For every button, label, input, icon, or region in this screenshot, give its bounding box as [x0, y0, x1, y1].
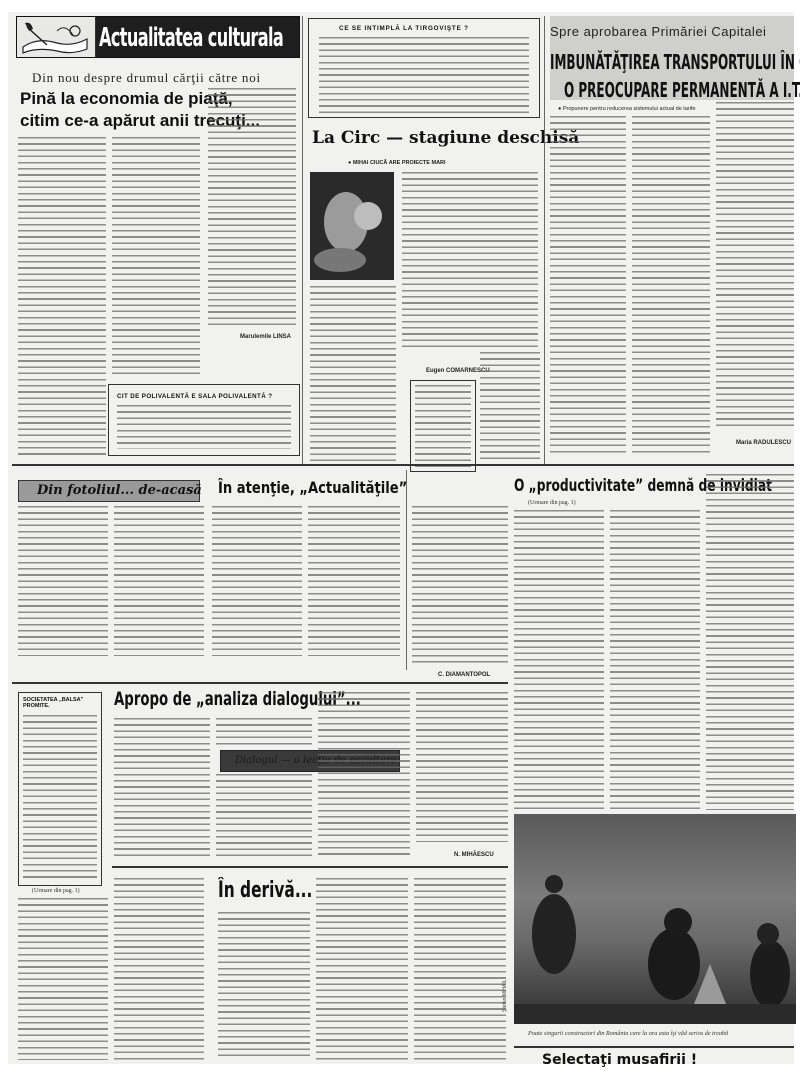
musafiri-headline: Selectaţi musafirii ! [542, 1052, 697, 1068]
transport-headline-2: O PREOCUPARE PERMANENTĂ A I.T.B. [564, 78, 800, 102]
apropo-body-col1 [114, 718, 210, 858]
apropo-body-col3 [318, 692, 410, 858]
transport-subhead: ● Propunere pentru reducerea sistemului … [558, 106, 696, 112]
targoviste-box: CE SE INTIMPLĂ LA TIRGOVIŞTE ? [308, 18, 540, 118]
article-body-col3 [208, 88, 296, 330]
colaborare-box [410, 380, 476, 472]
banner-title: Actualitatea culturala [99, 23, 283, 53]
deriva-body-col2 [316, 878, 408, 1060]
section-banner: Actualitatea culturala [16, 16, 300, 58]
column-rule [302, 16, 303, 466]
transport-body-col1 [550, 116, 626, 456]
deriva-headline: În derivă... [218, 878, 312, 903]
box-title: SOCIETATEA „BALSA” PROMITE. [23, 697, 97, 709]
article-kicker: Din nou despre drumul cărţii către noi [32, 70, 261, 86]
column-rule [406, 470, 407, 670]
section-rule [12, 682, 508, 684]
transport-body-col2 [632, 116, 710, 456]
transport-byline: Maria RADULESCU [736, 440, 791, 446]
continued-label: (Urmare din pag. 1) [32, 888, 80, 894]
apropo-body-col2b [216, 774, 312, 858]
box-body [415, 385, 471, 467]
article-body-col2 [112, 137, 200, 377]
deriva-body-col3 [414, 878, 506, 1060]
polivalenta-box: CIT DE POLIVALENTĂ E SALA POLIVALENTĂ ? [108, 384, 300, 456]
circ-body-col1 [310, 286, 396, 461]
beach-photo [514, 814, 796, 1024]
continued-body-col1 [18, 898, 108, 1060]
continuing-col [412, 506, 508, 664]
transport-header: Spre aprobarea Primăriei Capitalei IMBUN… [550, 16, 794, 100]
deriva-body-col1 [218, 912, 310, 1060]
section-rule [514, 1046, 794, 1048]
actualitatile-byline: C. DIAMANTOPOL [438, 672, 490, 678]
productivitate-body-col1 [514, 510, 604, 810]
apropo-body-col2 [216, 718, 312, 748]
fotoliu-body-col2 [114, 506, 204, 656]
productivitate-body-col2 [610, 510, 700, 810]
continued-body-col2 [114, 878, 204, 1060]
transport-kicker: Spre aprobarea Primăriei Capitalei [550, 24, 766, 39]
newspaper-page: Actualitatea culturala Din nou despre dr… [8, 12, 794, 1064]
book-quill-icon [17, 17, 96, 57]
box-body [23, 715, 97, 879]
apropo-byline: N. MIHĂESCU [454, 852, 494, 858]
photo-caption: Poate singurii constructori din România … [528, 1030, 728, 1037]
transport-headline-1: IMBUNĂTĂŢIREA TRANSPORTULUI ÎN COMUN — [550, 50, 800, 74]
transport-body-col3 [716, 102, 794, 430]
fotoliu-headline: Din fotoliul... de-acasă [37, 483, 202, 498]
article-body-col1 [18, 137, 106, 457]
circ-body-col3 [480, 352, 540, 462]
fotoliu-banner: Din fotoliul... de-acasă [18, 480, 200, 502]
fotoliu-body-col1 [18, 506, 108, 656]
box-title: CE SE INTIMPLĂ LA TIRGOVIŞTE ? [339, 25, 469, 32]
circus-photo [310, 172, 394, 280]
section-rule [112, 866, 508, 868]
box-body [319, 37, 529, 113]
box-body [117, 405, 291, 449]
societatea-balsa-box: SOCIETATEA „BALSA” PROMITE. [18, 692, 102, 886]
section-rule [12, 464, 794, 466]
actualitatile-body-col1 [212, 506, 302, 656]
productivitate-continued: (Urmare din pag. 1) [528, 500, 576, 506]
productivitate-body-col3 [706, 474, 794, 810]
article-byline: Marulemile LINSA [240, 334, 291, 340]
circ-headline: La Circ — stagiune deschisă [312, 128, 579, 148]
circ-body-col2 [402, 172, 538, 348]
actualitatile-headline: În atenţie, „Actualităţile” [218, 478, 407, 497]
box-title: CIT DE POLIVALENTĂ E SALA POLIVALENTĂ ? [117, 393, 272, 400]
circ-subhead: ● MIHAI CIUCĂ ARE PROIECTE MARI [348, 160, 446, 166]
column-rule [544, 16, 545, 466]
apropo-body-col4 [416, 692, 508, 842]
